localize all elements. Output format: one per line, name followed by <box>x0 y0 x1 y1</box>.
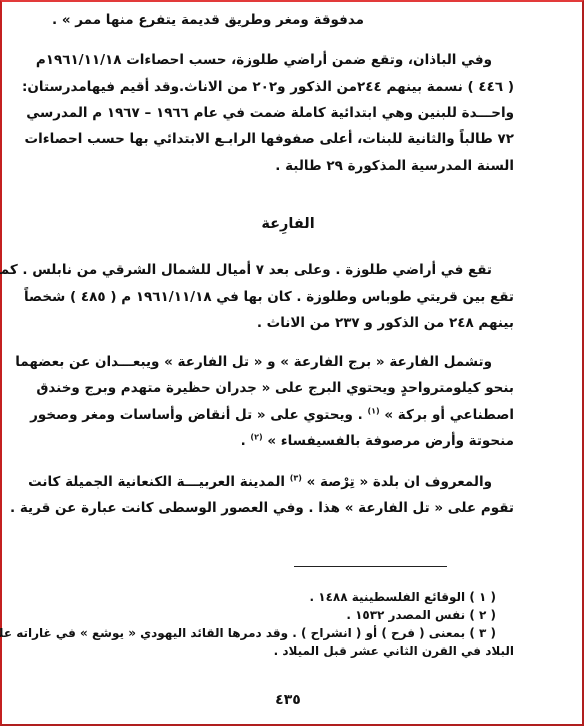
para-location-line-3: بينهم ٢٤٨ من الذكور و ٢٣٧ من الاناث . <box>257 313 514 333</box>
section-heading: الفارِعة <box>62 214 514 234</box>
para-includes-line-4a: منحوتة وأرض مرصوفة بالفسيفساء » <box>267 433 514 449</box>
para-badhan-line-5: السنة المدرسية المذكورة ٢٩ طالبة . <box>275 156 514 176</box>
para-known-line-1b: المدينة العربيـــة الكنعانية الجميلة كان… <box>28 474 285 490</box>
footnote-3: ( ٣ ) بمعنى ( فرح ) أو ( انشراح ) . وقد … <box>0 624 496 642</box>
para-location-line-1: تقع في أراضي طلوزة . وعلى بعد ٧ أميال لل… <box>62 260 492 280</box>
para-includes-line-3: اصطناعي أو بركة » (١) . ويحتوي على « تل … <box>30 405 514 425</box>
footnote-2: ( ٢ ) نفس المصدر ١٥٣٢ . <box>346 606 496 624</box>
page-number: ٤٣٥ <box>62 692 514 708</box>
footnote-ref-2[interactable]: (٢) <box>250 433 262 442</box>
para-known-line-2: تقوم على « تل الفارعة » هذا . وفي العصور… <box>10 498 514 518</box>
para-includes-line-3b: . ويحتوي على « تل أنقاض وأساسات ومغر وصخ… <box>30 407 363 423</box>
para-badhan-line-2: ( ٤٤٦ ) نسمة بينهم ٢٤٤من الذكور و٢٠٢ من … <box>62 77 514 97</box>
para-badhan-line-4: ٧٢ طالباً والثانية للبنات، أعلى صفوفها ا… <box>62 129 514 149</box>
para-includes-line-4: منحوتة وأرض مرصوفة بالفسيفساء » (٢) . <box>241 431 514 451</box>
footnote-1: ( ١ ) الوقائع الفلسطينية ١٤٨٨ . <box>310 588 496 606</box>
footnote-ref-1[interactable]: (١) <box>367 407 379 416</box>
para-includes-line-3a: اصطناعي أو بركة » <box>384 407 514 423</box>
para-known-line-1: والمعروف ان بلدة « تِرْصة » (٣) المدينة … <box>28 472 492 492</box>
para-known-line-1a: والمعروف ان بلدة « تِرْصة » <box>307 474 492 490</box>
para-badhan-line-1: وفي الباذان، وتقع ضمن أراضي طلوزة، حسب ا… <box>62 50 492 70</box>
para-includes-line-4b: . <box>241 433 246 449</box>
para-location-line-2: تقع بين قريتي طوباس وطلوزة . كان بها في … <box>62 287 514 307</box>
intro-line: مدفوقة ومغر وطريق قديمة يتفرع منها ممر »… <box>52 10 364 30</box>
footnote-ref-3[interactable]: (٣) <box>290 474 302 483</box>
page-frame: مدفوقة ومغر وطريق قديمة يتفرع منها ممر »… <box>0 0 584 726</box>
footnote-divider <box>294 566 447 567</box>
para-badhan-line-3: واحـــدة للبنين وهي ابتدائية كاملة ضمت ف… <box>62 103 514 123</box>
para-includes-line-2: بنحو كيلومترواحدٍ ويحتوي البرج على « جدر… <box>62 378 514 398</box>
footnote-3-cont: البلاد في القرن الثاني عشر قبل الميلاد . <box>274 642 514 660</box>
para-includes-line-1: وتشمل الفارعة « برج الفارعة » و « تل الف… <box>62 352 492 372</box>
